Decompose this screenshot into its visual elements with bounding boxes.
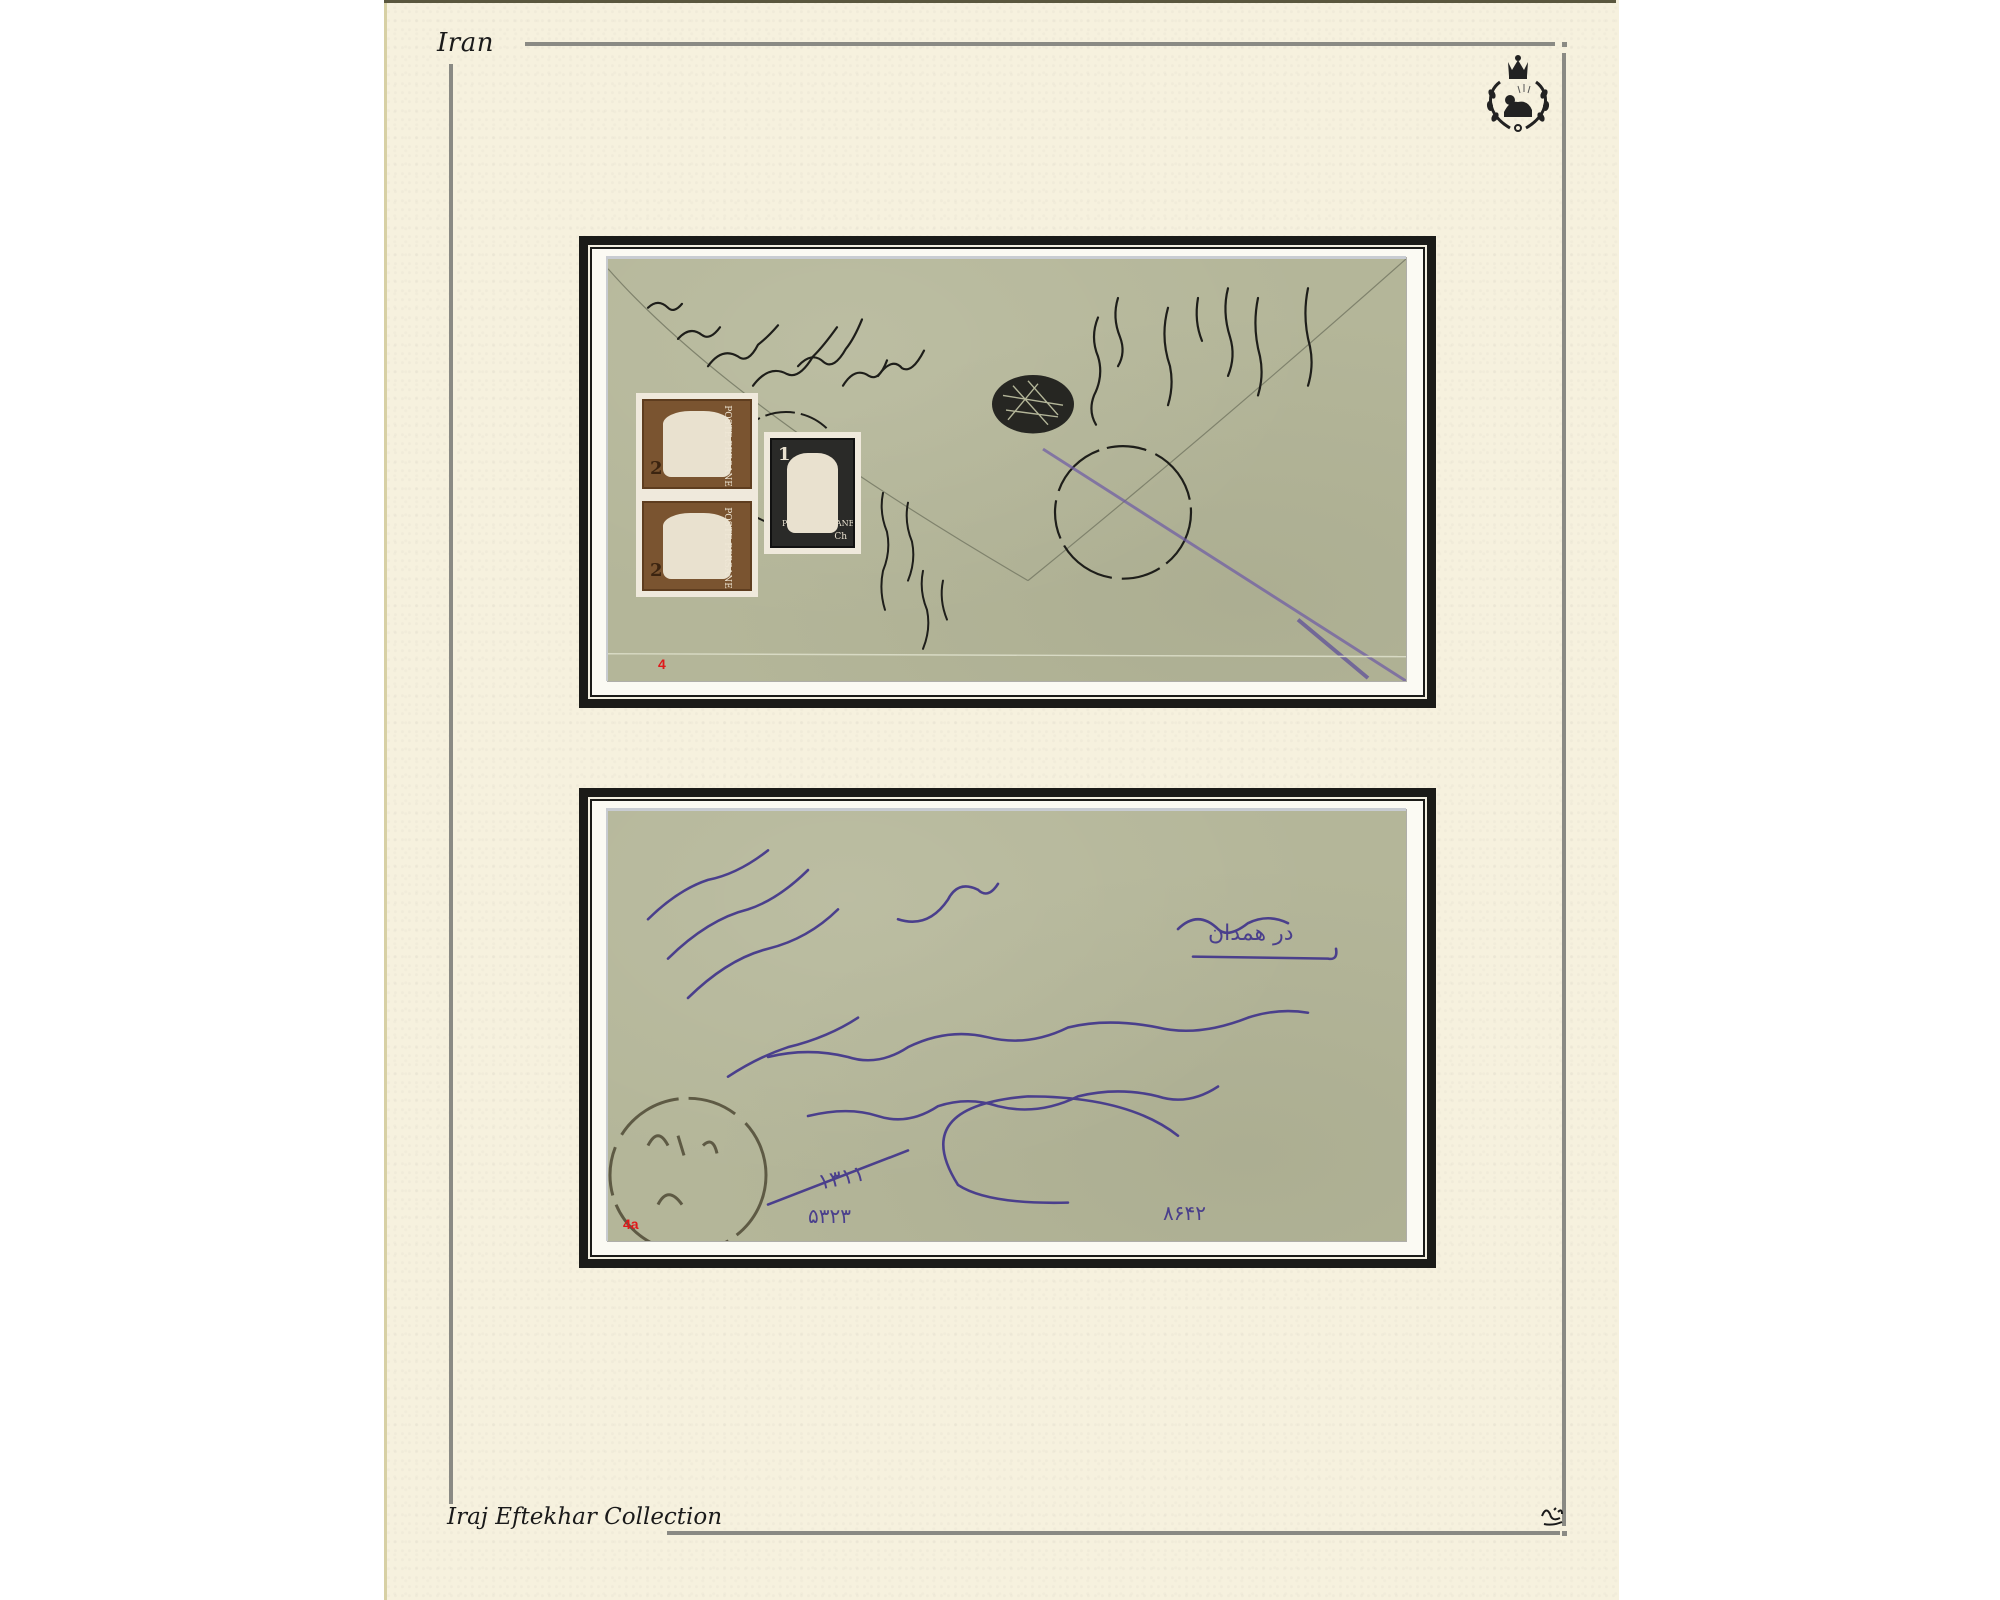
- page-header-title: Iran: [437, 28, 494, 58]
- right-rule: [1562, 53, 1566, 1526]
- envelope-reverse: 2 POSTE PERSANE 2 POSTE PERSANE 1 POSTE …: [606, 256, 1406, 681]
- stamp-black-1ch: 1 POSTE PERSANE Ch: [764, 432, 861, 554]
- envelope-address-markings: [608, 811, 1406, 1241]
- corner-ornament: [1562, 42, 1567, 47]
- page-top-shadow: [384, 0, 1616, 3]
- item-reference-label: 4a: [623, 1216, 639, 1232]
- mount-frame-item-4: 2 POSTE PERSANE 2 POSTE PERSANE 1 POSTE …: [579, 236, 1436, 708]
- item-reference-label: 4: [658, 656, 666, 672]
- top-rule: [525, 42, 1555, 46]
- page-footer-collection: Iraj Eftekhar Collection: [447, 1504, 722, 1530]
- stamp-brown-2ch: 2 POSTE PERSANE: [636, 495, 758, 597]
- handwritten-number: ۸۶۴۲: [1163, 1201, 1206, 1225]
- corner-ornament: [1562, 1531, 1567, 1536]
- handwritten-city: در همدان: [1208, 921, 1294, 946]
- lion-and-sun-crown-emblem-icon: [1480, 52, 1556, 136]
- envelope-front: ۱۳۱۱ ۵۳۲۳ ۸۶۴۲ در همدان 4a: [606, 808, 1406, 1241]
- stamp-brown-2ch: 2 POSTE PERSANE: [636, 393, 758, 495]
- mount-frame-item-4a: ۱۳۱۱ ۵۳۲۳ ۸۶۴۲ در همدان 4a: [579, 788, 1436, 1268]
- persian-calligraphy-signature-icon: [1538, 1504, 1566, 1528]
- bottom-rule: [667, 1531, 1560, 1535]
- left-rule: [449, 64, 453, 1504]
- handwritten-number: ۵۳۲۳: [808, 1204, 851, 1228]
